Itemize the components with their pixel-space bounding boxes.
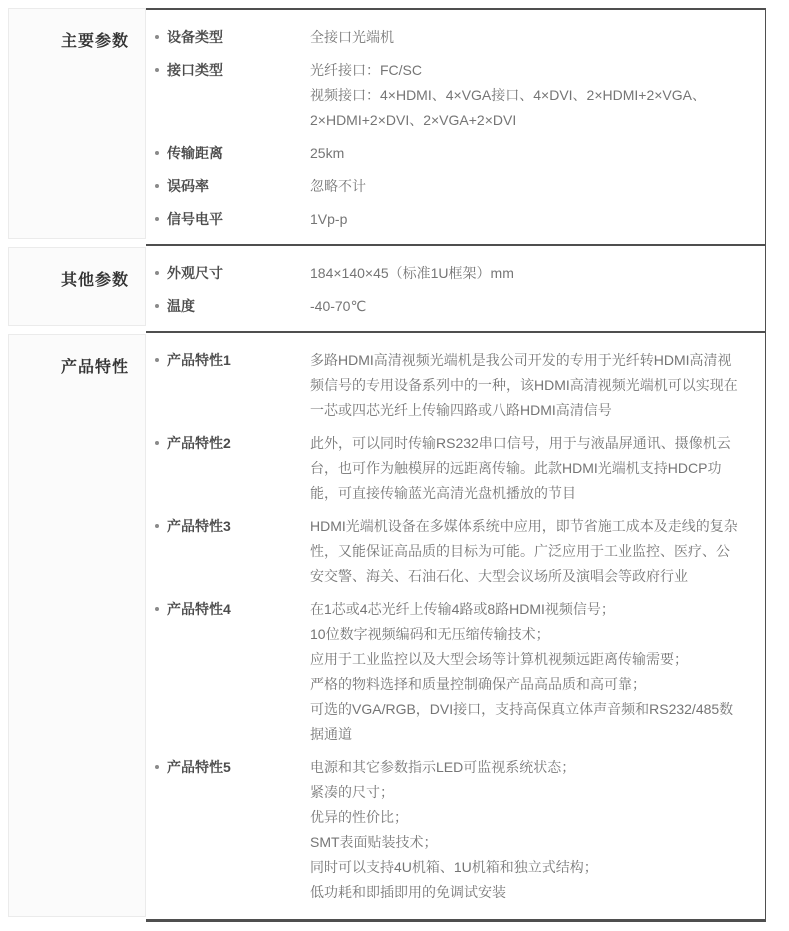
section-title: 其他参数 — [9, 248, 145, 290]
param-label: 接口类型 — [167, 58, 310, 83]
param-row: 外观尺寸 184×140×45（标准1U框架）mm — [155, 261, 741, 286]
section-header-cell: 主要参数 — [8, 8, 146, 239]
bullet-icon — [155, 217, 159, 221]
bullet-icon — [155, 304, 159, 308]
bullet-icon — [155, 524, 159, 528]
section-body: 外观尺寸 184×140×45（标准1U框架）mm 温度 -40-70℃ — [146, 244, 766, 331]
bullet-icon — [155, 151, 159, 155]
param-label: 产品特性2 — [167, 431, 310, 456]
section-other-params: 其他参数 外观尺寸 184×140×45（标准1U框架）mm 温度 -40-70… — [8, 244, 766, 331]
bullet-icon — [155, 68, 159, 72]
section-product-features: 产品特性 产品特性1 多路HDMI高清视频光端机是我公司开发的专用于光纤转HDM… — [8, 331, 766, 922]
section-main-params: 主要参数 设备类型 全接口光端机 接口类型 光纤接口：FC/SC 视频接口：4×… — [8, 8, 766, 244]
param-label: 设备类型 — [167, 25, 310, 50]
param-label: 温度 — [167, 294, 310, 319]
param-row: 误码率 忽略不计 — [155, 174, 741, 199]
param-value: 忽略不计 — [310, 174, 741, 199]
param-label: 产品特性4 — [167, 597, 310, 622]
bullet-icon — [155, 35, 159, 39]
param-value: 在1芯或4芯光纤上传输4路或8路HDMI视频信号； 10位数字视频编码和无压缩传… — [310, 597, 741, 747]
bullet-icon — [155, 184, 159, 188]
param-label: 产品特性5 — [167, 755, 310, 780]
param-value: HDMI光端机设备在多媒体系统中应用，即节省施工成本及走线的复杂性，又能保证高品… — [310, 514, 741, 589]
param-value: 光纤接口：FC/SC 视频接口：4×HDMI、4×VGA接口、4×DVI、2×H… — [310, 58, 741, 133]
bullet-icon — [155, 765, 159, 769]
param-row: 接口类型 光纤接口：FC/SC 视频接口：4×HDMI、4×VGA接口、4×DV… — [155, 58, 741, 133]
bullet-icon — [155, 358, 159, 362]
product-spec-table: 主要参数 设备类型 全接口光端机 接口类型 光纤接口：FC/SC 视频接口：4×… — [8, 8, 766, 922]
param-label: 产品特性1 — [167, 348, 310, 373]
param-row: 设备类型 全接口光端机 — [155, 25, 741, 50]
section-header-cell: 其他参数 — [8, 247, 146, 326]
param-row: 信号电平 1Vp-p — [155, 207, 741, 232]
param-value: 184×140×45（标准1U框架）mm — [310, 261, 741, 286]
section-title: 产品特性 — [9, 335, 145, 377]
param-value: 全接口光端机 — [310, 25, 741, 50]
bullet-icon — [155, 607, 159, 611]
section-body: 设备类型 全接口光端机 接口类型 光纤接口：FC/SC 视频接口：4×HDMI、… — [146, 8, 766, 244]
param-label: 产品特性3 — [167, 514, 310, 539]
param-value: 电源和其它参数指示LED可监视系统状态； 紧凑的尺寸； 优异的性价比； SMT表… — [310, 755, 741, 905]
param-row: 产品特性2 此外，可以同时传输RS232串口信号，用于与液晶屏通讯、摄像机云台，… — [155, 431, 741, 506]
param-row: 产品特性4 在1芯或4芯光纤上传输4路或8路HDMI视频信号； 10位数字视频编… — [155, 597, 741, 747]
bullet-icon — [155, 271, 159, 275]
param-label: 传输距离 — [167, 141, 310, 166]
section-header-cell: 产品特性 — [8, 334, 146, 917]
param-value: 25km — [310, 141, 741, 166]
section-title: 主要参数 — [9, 9, 145, 51]
param-row: 传输距离 25km — [155, 141, 741, 166]
param-label: 信号电平 — [167, 207, 310, 232]
param-row: 温度 -40-70℃ — [155, 294, 741, 319]
param-value: 此外，可以同时传输RS232串口信号，用于与液晶屏通讯、摄像机云台，也可作为触模… — [310, 431, 741, 506]
bullet-icon — [155, 441, 159, 445]
param-value: -40-70℃ — [310, 294, 741, 319]
param-value: 1Vp-p — [310, 207, 741, 232]
param-label: 误码率 — [167, 174, 310, 199]
param-row: 产品特性5 电源和其它参数指示LED可监视系统状态； 紧凑的尺寸； 优异的性价比… — [155, 755, 741, 905]
param-value: 多路HDMI高清视频光端机是我公司开发的专用于光纤转HDMI高清视频信号的专用设… — [310, 348, 741, 423]
param-label: 外观尺寸 — [167, 261, 310, 286]
section-body: 产品特性1 多路HDMI高清视频光端机是我公司开发的专用于光纤转HDMI高清视频… — [146, 331, 766, 922]
param-row: 产品特性1 多路HDMI高清视频光端机是我公司开发的专用于光纤转HDMI高清视频… — [155, 348, 741, 423]
param-row: 产品特性3 HDMI光端机设备在多媒体系统中应用，即节省施工成本及走线的复杂性，… — [155, 514, 741, 589]
